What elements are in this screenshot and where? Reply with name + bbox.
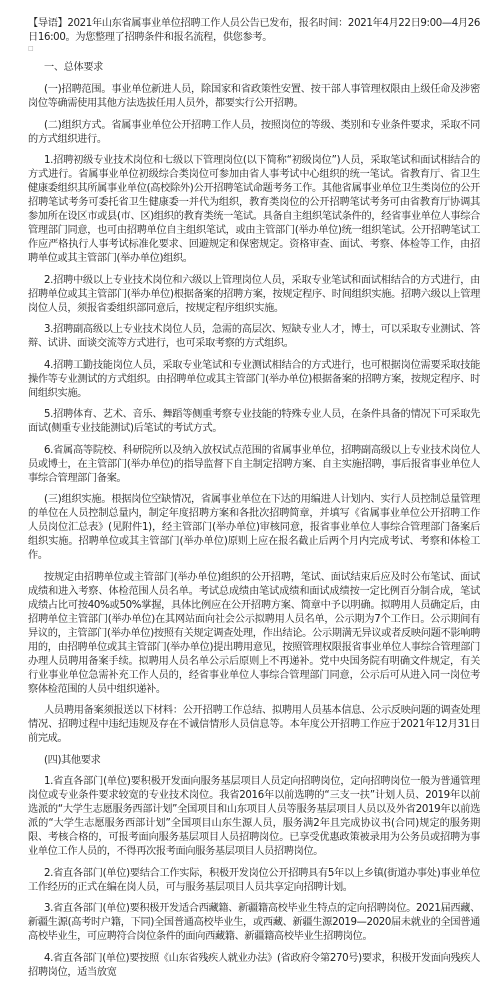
paragraph: 3.招聘副高级以上专业技术岗位人员，急需的高层次、短缺专业人才，博士，可以采取专… — [28, 323, 480, 351]
paragraph: 6.省属高等院校、科研院所以及纳入放权试点范围的省属事业单位，招聘副高级以上专业… — [28, 444, 480, 486]
paragraph: 5.招聘体育、艺术、音乐、舞蹈等侧重考察专业技能的特殊专业人员，在条件具备的情况… — [28, 408, 480, 436]
article-body: 【导语】2021年山东省属事业单位招聘工作人员公告已发布，报名时间：2021年4… — [28, 17, 480, 713]
placeholder-box-glyph: □ — [28, 45, 480, 53]
paragraph: 人员聘用备案须报送以下材料：公开招聘工作总结、拟聘用人员基本信息、公示反映问题的… — [28, 704, 480, 713]
paragraph: (一)招聘范围。事业单位新进人员，除国家和省政策性安置、按干部人事管理权限由上级… — [28, 83, 480, 111]
paragraph: 2.招聘中级以上专业技术岗位和六级以上管理岗位人员，采取专业笔试和面试相结合的方… — [28, 274, 480, 316]
paragraph: 1.招聘初级专业技术岗位和七级以下管理岗位(以下简称“初级岗位”)人员，采取笔试… — [28, 154, 480, 266]
paragraph: 按规定由招聘单位或主管部门(举办单位)组织的公开招聘，笔试、面试结束后应及时公布… — [28, 571, 480, 697]
paragraph: 4.招聘工勤技能岗位人员，采取专业笔试和专业测试相结合的方式进行，也可根据岗位需… — [28, 359, 480, 401]
paragraph: (二)组织方式。省属事业单位公开招聘工作人员，按照岗位的等级、类别和专业条件要求… — [28, 119, 480, 147]
paragraph: (三)组织实施。根据岗位空缺情况，省属事业单位在下达的用编进人计划内、实行人员控… — [28, 493, 480, 563]
section-title-general-requirements: 一、总体要求 — [28, 61, 480, 75]
intro-paragraph: 【导语】2021年山东省属事业单位招聘工作人员公告已发布，报名时间：2021年4… — [28, 17, 480, 45]
